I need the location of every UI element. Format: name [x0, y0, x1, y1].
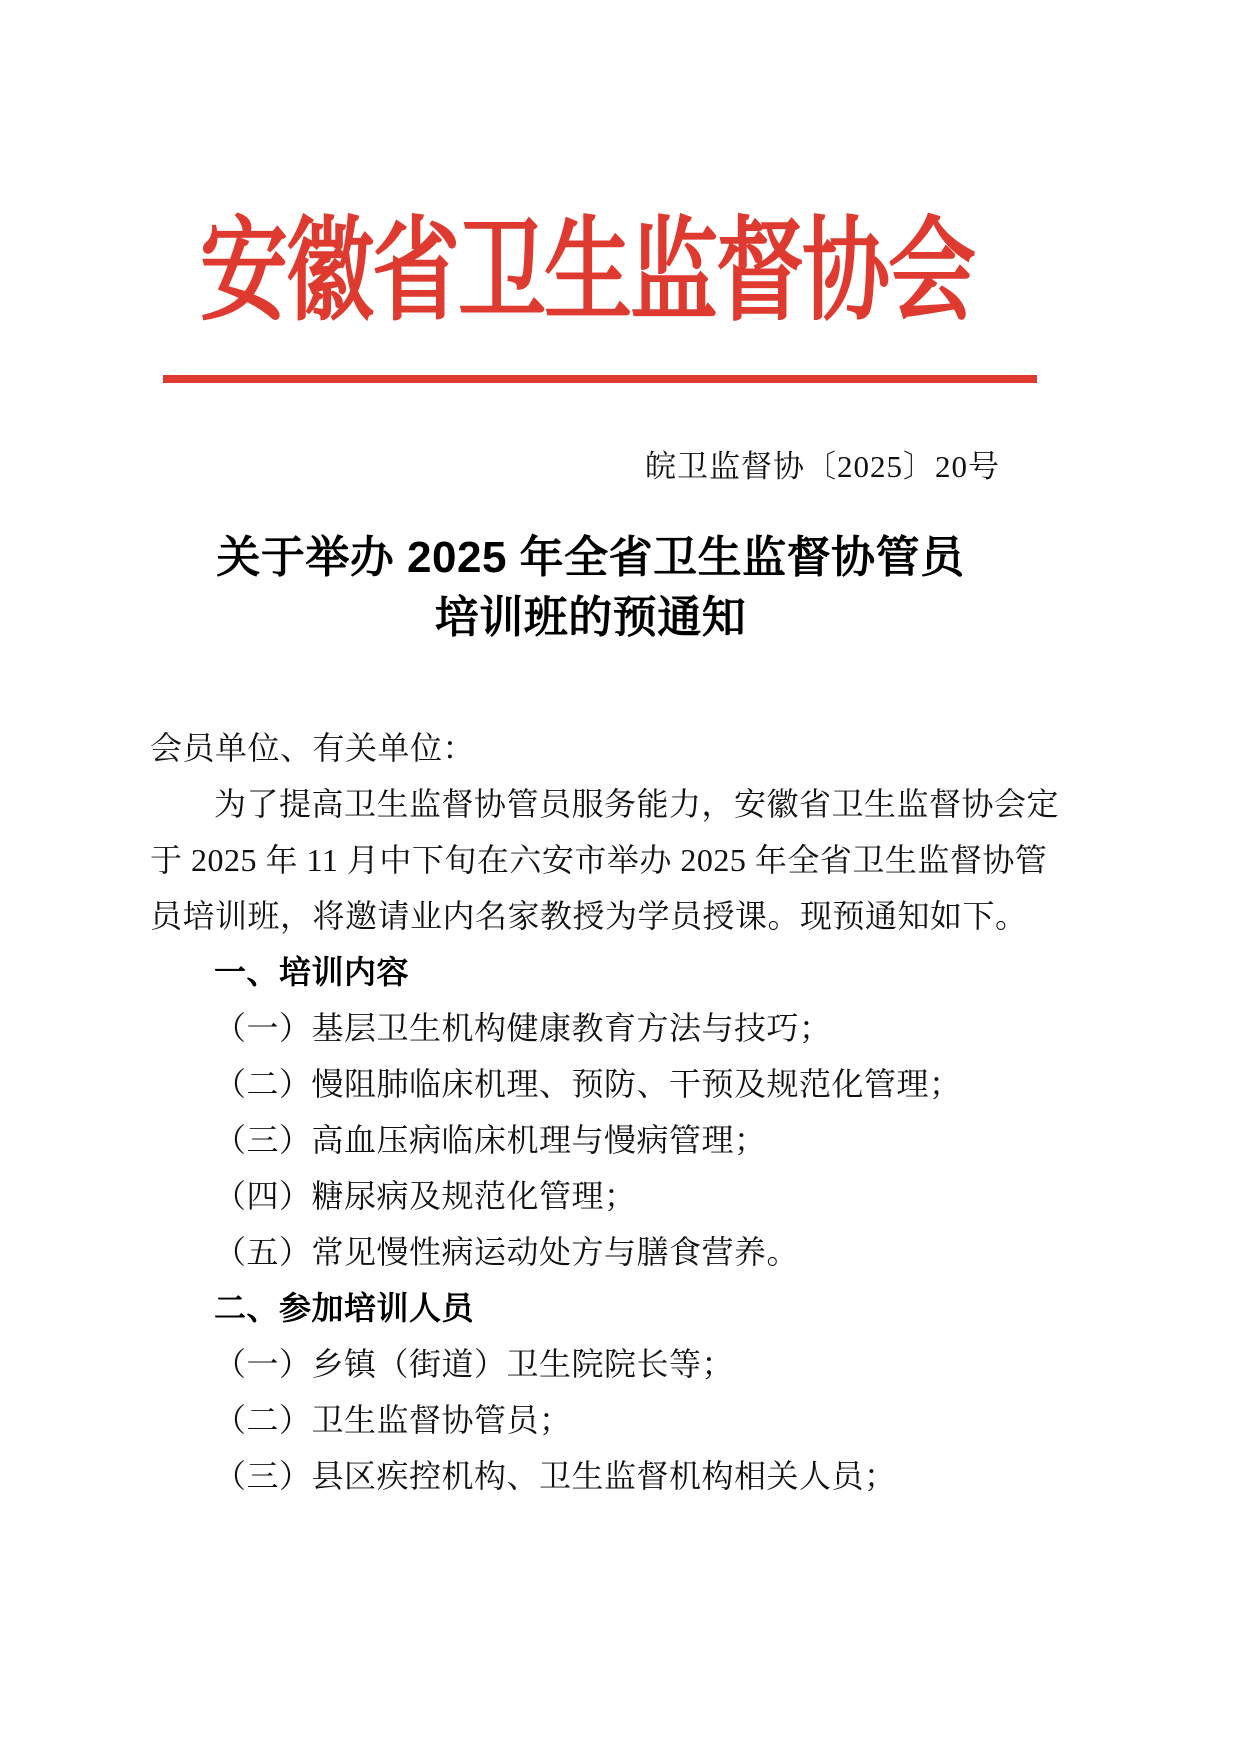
intro-line: 于 2025 年 11 月中下旬在六安市举办 2025 年全省卫生监督协管	[150, 832, 1016, 888]
letterhead-org-name: 安徽省卫生监督协会	[180, 212, 994, 335]
section-heading-training-content: 一、培训内容	[150, 944, 1016, 1000]
document-title-line1: 关于举办 2025 年全省卫生监督协管员	[0, 528, 1181, 588]
list-item: （二）慢阻肺临床机理、预防、干预及规范化管理；	[150, 1056, 1016, 1112]
section-heading-participants: 二、参加培训人员	[150, 1280, 1016, 1336]
document-title-line2: 培训班的预通知	[0, 588, 1181, 648]
list-item: （五）常见慢性病运动处方与膳食营养。	[150, 1224, 1016, 1280]
red-divider-line	[163, 375, 1037, 383]
document-number: 皖卫监督协〔2025〕20号	[645, 441, 1000, 486]
list-item: （一）基层卫生机构健康教育方法与技巧；	[150, 1000, 1016, 1056]
intro-line: 为了提高卫生监督协管员服务能力，安徽省卫生监督协会定	[150, 776, 1016, 832]
list-item: （三）高血压病临床机理与慢病管理；	[150, 1112, 1016, 1168]
document-title: 关于举办 2025 年全省卫生监督协管员 培训班的预通知	[0, 528, 1181, 648]
list-item: （二）卫生监督协管员；	[150, 1392, 1016, 1448]
list-item: （一）乡镇（街道）卫生院院长等；	[150, 1336, 1016, 1392]
document-body: 会员单位、有关单位： 为了提高卫生监督协管员服务能力，安徽省卫生监督协会定 于 …	[150, 720, 1016, 1504]
list-item: （三）县区疾控机构、卫生监督机构相关人员；	[150, 1448, 1016, 1504]
document-page: 安徽省卫生监督协会 皖卫监督协〔2025〕20号 关于举办 2025 年全省卫生…	[0, 0, 1241, 1754]
list-item: （四）糖尿病及规范化管理；	[150, 1168, 1016, 1224]
salutation: 会员单位、有关单位：	[150, 720, 1016, 776]
intro-line: 员培训班，将邀请业内名家教授为学员授课。现预通知如下。	[150, 888, 1016, 944]
